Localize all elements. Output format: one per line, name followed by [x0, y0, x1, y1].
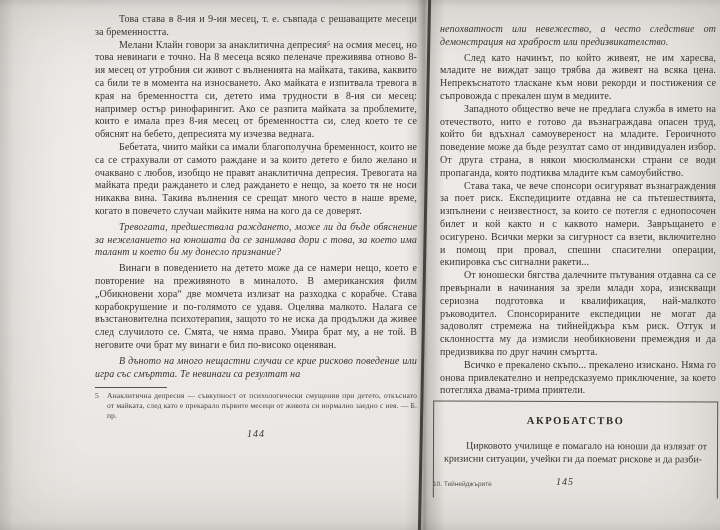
right-page-text-column: непохватност или невежество, а често сле…: [440, 21, 716, 398]
paragraph: Става така, че вече спонсори осигуряват …: [440, 181, 716, 271]
page-number-left: 144: [95, 429, 417, 442]
paragraph-italic-question: Тревогата, предшествала раждането, може …: [95, 222, 417, 260]
paragraph: От юношески бягства далечните пътувания …: [440, 270, 716, 360]
paragraph-italic-continuation: непохватност или невежество, а често сле…: [440, 24, 716, 50]
paragraph: Западното общество вече не предлага служ…: [440, 104, 716, 181]
boxed-section-text: Цирковото училище е помагало на юноши да…: [444, 440, 707, 467]
footnote-divider: [95, 387, 167, 388]
paragraph-italic: В дъното на много нещастни случаи се кри…: [95, 356, 417, 382]
paragraph: Бебетата, чиито майки са имали благополу…: [95, 142, 417, 219]
scanned-book-spread: Това става в 8-ия и 9-ия месец, т. е. съ…: [0, 0, 720, 530]
footnote-text: Анаклитична депресия — съвкупност от пси…: [107, 391, 417, 420]
paragraph: Това става в 8-ия и 9-ия месец, т. е. съ…: [95, 14, 417, 40]
paragraph: След като начинът, по който живеят, не и…: [440, 53, 716, 104]
page-number-right: 145: [440, 477, 690, 488]
paragraph: Всичко е прекалено скъпо... прекалено из…: [440, 360, 716, 398]
paragraph: Мелани Клайн говори за анаклитична депре…: [95, 40, 417, 142]
boxed-section-heading: АКРОБАТСТВО: [434, 416, 717, 428]
left-page-text-column: Това става в 8-ия и 9-ия месец, т. е. съ…: [95, 14, 417, 442]
paragraph: Винаги в поведението на детето може да с…: [95, 263, 417, 353]
footnote-marker: 5: [95, 391, 102, 420]
footnote: 5 Анаклитична депресия — съвкупност от п…: [95, 391, 417, 420]
